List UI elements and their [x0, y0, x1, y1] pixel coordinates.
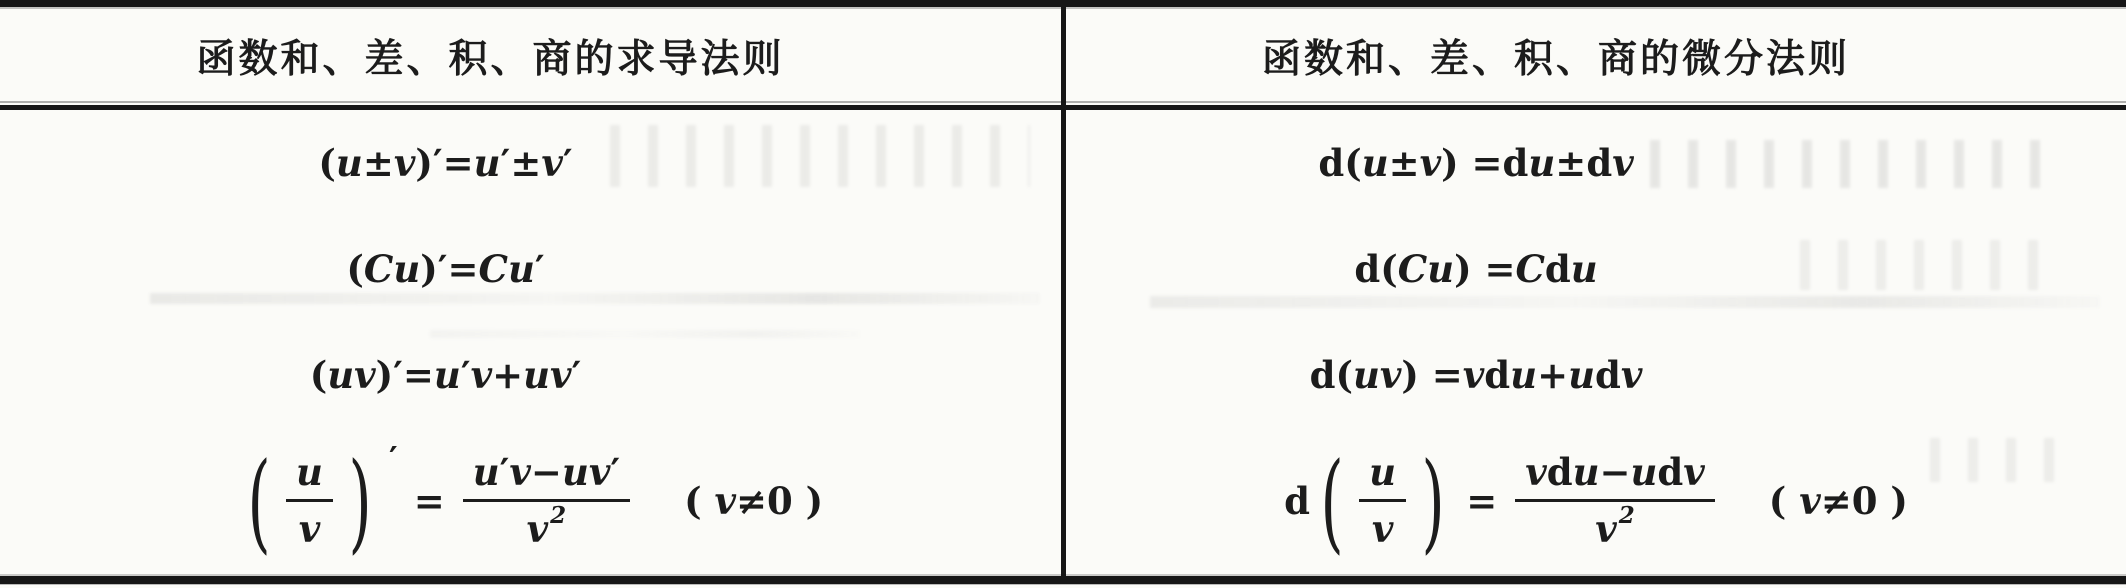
formula-product-derivative: ( uv )′ = u′v+uv′ [310, 353, 582, 397]
quotient-rule-fraction: vdu−udv v2 [1515, 453, 1715, 549]
formula-sum-differential: d( u±v ) = du±dv [1318, 141, 1633, 185]
u-over-v-fraction: u v [286, 453, 333, 549]
quotient-rule-fraction: u′v−uv′ v2 [463, 453, 630, 549]
formula-product-differential: d( uv ) = vdu+udv [1310, 353, 1643, 397]
equals-sign: = [414, 479, 445, 523]
nonzero-condition: ( v≠0 ) [1769, 479, 1908, 523]
formula-quotient-differential: d ( u v ) = vdu−udv v2 ( v≠0 ) [1284, 453, 1908, 549]
table-row: d( u±v ) = du±dv [1066, 110, 2126, 216]
derivative-rules-column: 函数和、差、积、商的求导法则 ( u±v )′ = u′±v′ ( Cu )′ … [0, 0, 1061, 588]
differential-rules-column: 函数和、差、积、商的微分法则 d( u±v ) = du±dv d( Cu ) … [1066, 0, 2126, 588]
table-row: ( Cu )′ = Cu′ [0, 216, 1061, 322]
u-over-v-fraction: u v [1359, 453, 1406, 549]
table-row: d( Cu ) = Cdu [1066, 216, 2126, 322]
equals-sign: = [1466, 479, 1497, 523]
prime-glyph: ′ [389, 439, 398, 478]
scanned-textbook-table-page: 函数和、差、积、商的求导法则 ( u±v )′ = u′±v′ ( Cu )′ … [0, 0, 2126, 588]
table-row: ( u±v )′ = u′±v′ [0, 110, 1061, 216]
formula-constant-differential: d( Cu ) = Cdu [1354, 247, 1597, 291]
formula-sum-derivative: ( u±v )′ = u′±v′ [318, 141, 572, 185]
formula-quotient-derivative: ( u v ) ′ = u′v−uv′ v2 ( v≠0 ) [238, 453, 823, 549]
differential-d-prefix: d [1284, 479, 1310, 523]
table-row: d ( u v ) = vdu−udv v2 ( v≠0 ) [1066, 427, 2126, 574]
table-row: ( u v ) ′ = u′v−uv′ v2 ( v≠0 ) [0, 427, 1061, 574]
differential-column-header: 函数和、差、积、商的微分法则 [1066, 10, 2126, 101]
table-row: ( uv )′ = u′v+uv′ [0, 322, 1061, 427]
table-row: d( uv ) = vdu+udv [1066, 322, 2126, 427]
derivative-header-label: 函数和、差、积、商的求导法则 [196, 28, 784, 84]
formula-constant-derivative: ( Cu )′ = Cu′ [346, 247, 544, 291]
differential-header-label: 函数和、差、积、商的微分法则 [1262, 28, 1850, 84]
nonzero-condition: ( v≠0 ) [684, 479, 823, 523]
derivative-column-header: 函数和、差、积、商的求导法则 [0, 10, 1061, 101]
